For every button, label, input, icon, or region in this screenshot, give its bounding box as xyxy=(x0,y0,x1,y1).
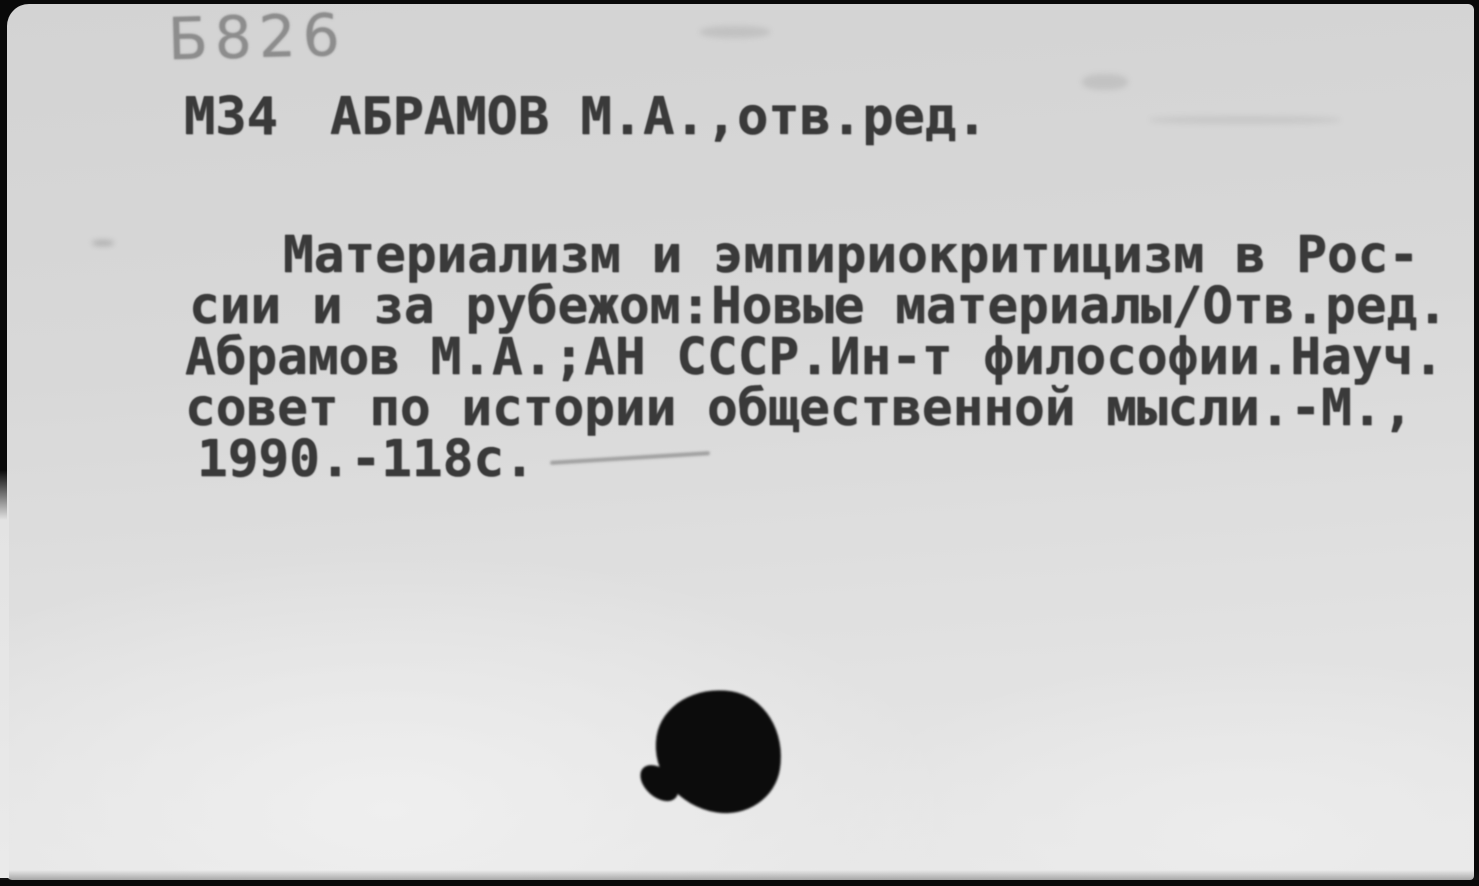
author-heading: АБРАМОВ М.А.,отв.ред. xyxy=(330,88,987,146)
bibliographic-description: Материализм и эмпириокритицизм в Рос- си… xyxy=(185,230,1448,485)
description-line-4: совет по истории общественной мысли.-М., xyxy=(185,383,1448,434)
catalog-card-scan: Б826 М34 АБРАМОВ М.А.,отв.ред. Материали… xyxy=(0,0,1479,886)
description-line-5: 1990.-118с. xyxy=(197,434,1448,485)
handwritten-shelf-mark: Б826 xyxy=(167,2,347,73)
paper-smudge xyxy=(1150,116,1340,124)
description-line-1: Материализм и эмпириокритицизм в Рос- xyxy=(185,230,1448,281)
call-number: М34 xyxy=(184,88,278,146)
scan-left-edge-fade xyxy=(0,470,9,878)
paper-smudge xyxy=(92,240,114,246)
description-line-2: сии и за рубежом:Новые материалы/Отв.ред… xyxy=(189,281,1448,332)
paper-smudge xyxy=(700,26,770,38)
scan-bottom-shadow xyxy=(0,870,1479,880)
paper-smudge xyxy=(1082,74,1128,90)
description-line-3: Абрамов М.А.;АН СССР.Ин-т философии.Науч… xyxy=(185,332,1448,383)
